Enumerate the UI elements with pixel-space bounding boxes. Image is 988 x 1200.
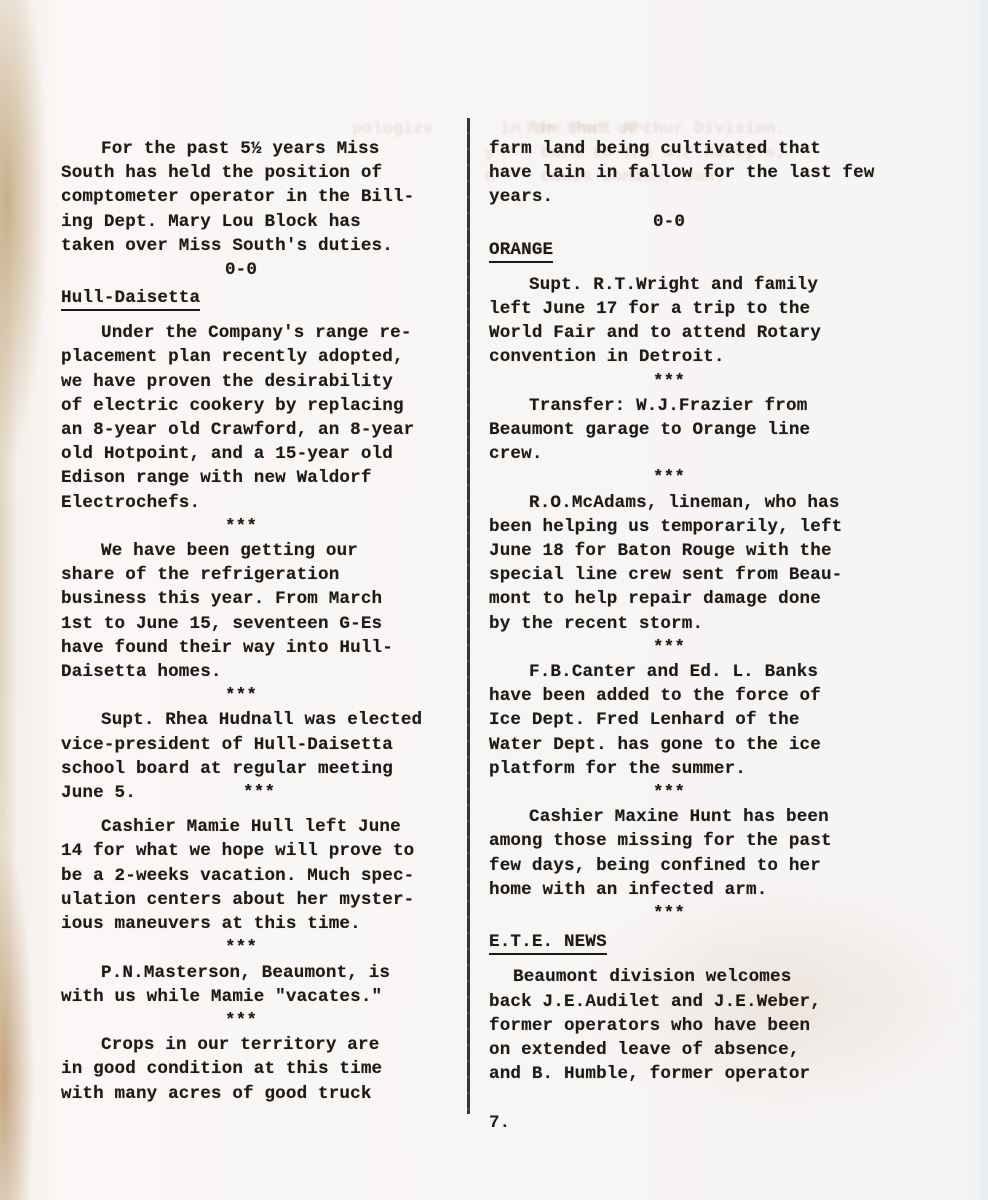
text-line: Transfer: W.J.Frazier from xyxy=(489,394,889,418)
news-item: We have been getting ourshare of the ref… xyxy=(61,539,461,684)
text-line: have lain in fallow for the last few xyxy=(489,161,889,185)
text-line: Edison range with new Waldorf xyxy=(61,466,461,490)
news-item: Beaumont division welcomesback J.E.Audil… xyxy=(489,965,889,1086)
text-line: old Hotpoint, and a 15-year old xyxy=(61,442,461,466)
text-line: June 5. *** xyxy=(61,781,461,805)
text-line: few days, being confined to her xyxy=(489,854,889,878)
section-separator-asterisks: *** xyxy=(61,684,461,708)
section-heading: E.T.E. NEWS xyxy=(489,932,607,955)
section-separator-asterisks: *** xyxy=(61,1009,461,1033)
text-line: crew. xyxy=(489,442,889,466)
text-line: and B. Humble, former operator xyxy=(489,1062,889,1086)
text-line: 1st to June 15, seventeen G-Es xyxy=(61,612,461,636)
text-line: an 8-year old Crawford, an 8-year xyxy=(61,418,461,442)
text-line: comptometer operator in the Bill- xyxy=(61,185,461,209)
text-line: home with an infected arm. xyxy=(489,878,889,902)
text-line: ulation centers about her myster- xyxy=(61,888,461,912)
section-heading: ORANGE xyxy=(489,240,553,263)
text-line: convention in Detroit. xyxy=(489,345,889,369)
text-line: Crops in our territory are xyxy=(61,1033,461,1057)
right-column: farm land being cultivated thathave lain… xyxy=(489,137,889,1086)
text-line: by the recent storm. xyxy=(489,612,889,636)
news-item: Cashier Mamie Hull left June14 for what … xyxy=(61,815,461,936)
text-line: Electrochefs. xyxy=(61,491,461,515)
section-heading: Hull-Daisetta xyxy=(61,288,200,311)
section-separator-asterisks: *** xyxy=(489,902,889,926)
text-line: years. xyxy=(489,185,889,209)
column-divider xyxy=(467,118,470,1114)
news-item: farm land being cultivated thathave lain… xyxy=(489,137,889,210)
text-line: with us while Mamie "vacates." xyxy=(61,985,461,1009)
text-line: P.N.Masterson, Beaumont, is xyxy=(61,961,461,985)
text-line: we have proven the desirability xyxy=(61,370,461,394)
left-column: For the past 5½ years MissSouth has held… xyxy=(61,137,461,1106)
news-item: F.B.Canter and Ed. L. Bankshave been add… xyxy=(489,660,889,781)
text-line: Beaumont division welcomes xyxy=(489,965,889,989)
news-item: For the past 5½ years MissSouth has held… xyxy=(61,137,461,258)
text-line: Beaumont garage to Orange line xyxy=(489,418,889,442)
news-item: R.O.McAdams, lineman, who hasbeen helpin… xyxy=(489,491,889,636)
text-line: platform for the summer. xyxy=(489,757,889,781)
news-item: Under the Company's range re-placement p… xyxy=(61,321,461,515)
text-line: farm land being cultivated that xyxy=(489,137,889,161)
text-line: Water Dept. has gone to the ice xyxy=(489,733,889,757)
text-line: former operators who have been xyxy=(489,1014,889,1038)
section-separator-asterisks: *** xyxy=(489,636,889,660)
page-number: 7. xyxy=(489,1113,510,1133)
text-line: Cashier Maxine Hunt has been xyxy=(489,805,889,829)
text-line: June 18 for Baton Rouge with the xyxy=(489,539,889,563)
text-line: We have been getting our xyxy=(61,539,461,563)
text-line: For the past 5½ years Miss xyxy=(61,137,461,161)
text-line: in good condition at this time xyxy=(61,1057,461,1081)
section-separator-asterisks: *** xyxy=(61,515,461,539)
news-item: Transfer: W.J.Frazier fromBeaumont garag… xyxy=(489,394,889,467)
text-line: ious maneuvers at this time. xyxy=(61,912,461,936)
text-line: ing Dept. Mary Lou Block has xyxy=(61,210,461,234)
news-item: Supt. R.T.Wright and familyleft June 17 … xyxy=(489,273,889,370)
text-line: share of the refrigeration xyxy=(61,563,461,587)
section-separator-asterisks: *** xyxy=(61,936,461,960)
text-line: 14 for what we hope will prove to xyxy=(61,839,461,863)
text-line: Daisetta homes. xyxy=(61,660,461,684)
section-separator-asterisks: *** xyxy=(489,466,889,490)
text-line: of electric cookery by replacing xyxy=(61,394,461,418)
text-line: with many acres of good truck xyxy=(61,1082,461,1106)
text-line: back J.E.Audilet and J.E.Weber, xyxy=(489,990,889,1014)
text-line: school board at regular meeting xyxy=(61,757,461,781)
text-line: Ice Dept. Fred Lenhard of the xyxy=(489,708,889,732)
section-separator-asterisks: *** xyxy=(489,781,889,805)
text-line: World Fair and to attend Rotary xyxy=(489,321,889,345)
text-line: Supt. Rhea Hudnall was elected xyxy=(61,708,461,732)
text-line: mont to help repair damage done xyxy=(489,587,889,611)
text-line: vice-president of Hull-Daisetta xyxy=(61,733,461,757)
text-line: Supt. R.T.Wright and family xyxy=(489,273,889,297)
text-line: Cashier Mamie Hull left June xyxy=(61,815,461,839)
news-item: P.N.Masterson, Beaumont, iswith us while… xyxy=(61,961,461,1009)
text-line: business this year. From March xyxy=(61,587,461,611)
text-line: taken over Miss South's duties. xyxy=(61,234,461,258)
text-line: special line crew sent from Beau- xyxy=(489,563,889,587)
news-item: Cashier Maxine Hunt has beenamong those … xyxy=(489,805,889,902)
text-line: be a 2-weeks vacation. Much spec- xyxy=(61,864,461,888)
text-line: South has held the position of xyxy=(61,161,461,185)
text-line: have been added to the force of xyxy=(489,684,889,708)
text-line: have found their way into Hull- xyxy=(61,636,461,660)
news-item: Supt. Rhea Hudnall was electedvice-presi… xyxy=(61,708,461,805)
text-line: Under the Company's range re- xyxy=(61,321,461,345)
text-line: left June 17 for a trip to the xyxy=(489,297,889,321)
text-line: on extended leave of absence, xyxy=(489,1038,889,1062)
section-separator-dashes: 0-0 xyxy=(61,258,461,282)
news-item: Crops in our territory arein good condit… xyxy=(61,1033,461,1106)
text-line: R.O.McAdams, lineman, who has xyxy=(489,491,889,515)
text-line: F.B.Canter and Ed. L. Banks xyxy=(489,660,889,684)
section-separator-asterisks: *** xyxy=(489,370,889,394)
text-line: among those missing for the past xyxy=(489,829,889,853)
text-line: placement plan recently adopted, xyxy=(61,345,461,369)
text-line: been helping us temporarily, left xyxy=(489,515,889,539)
scan-edge xyxy=(980,0,988,1200)
section-separator-dashes: 0-0 xyxy=(489,210,889,234)
